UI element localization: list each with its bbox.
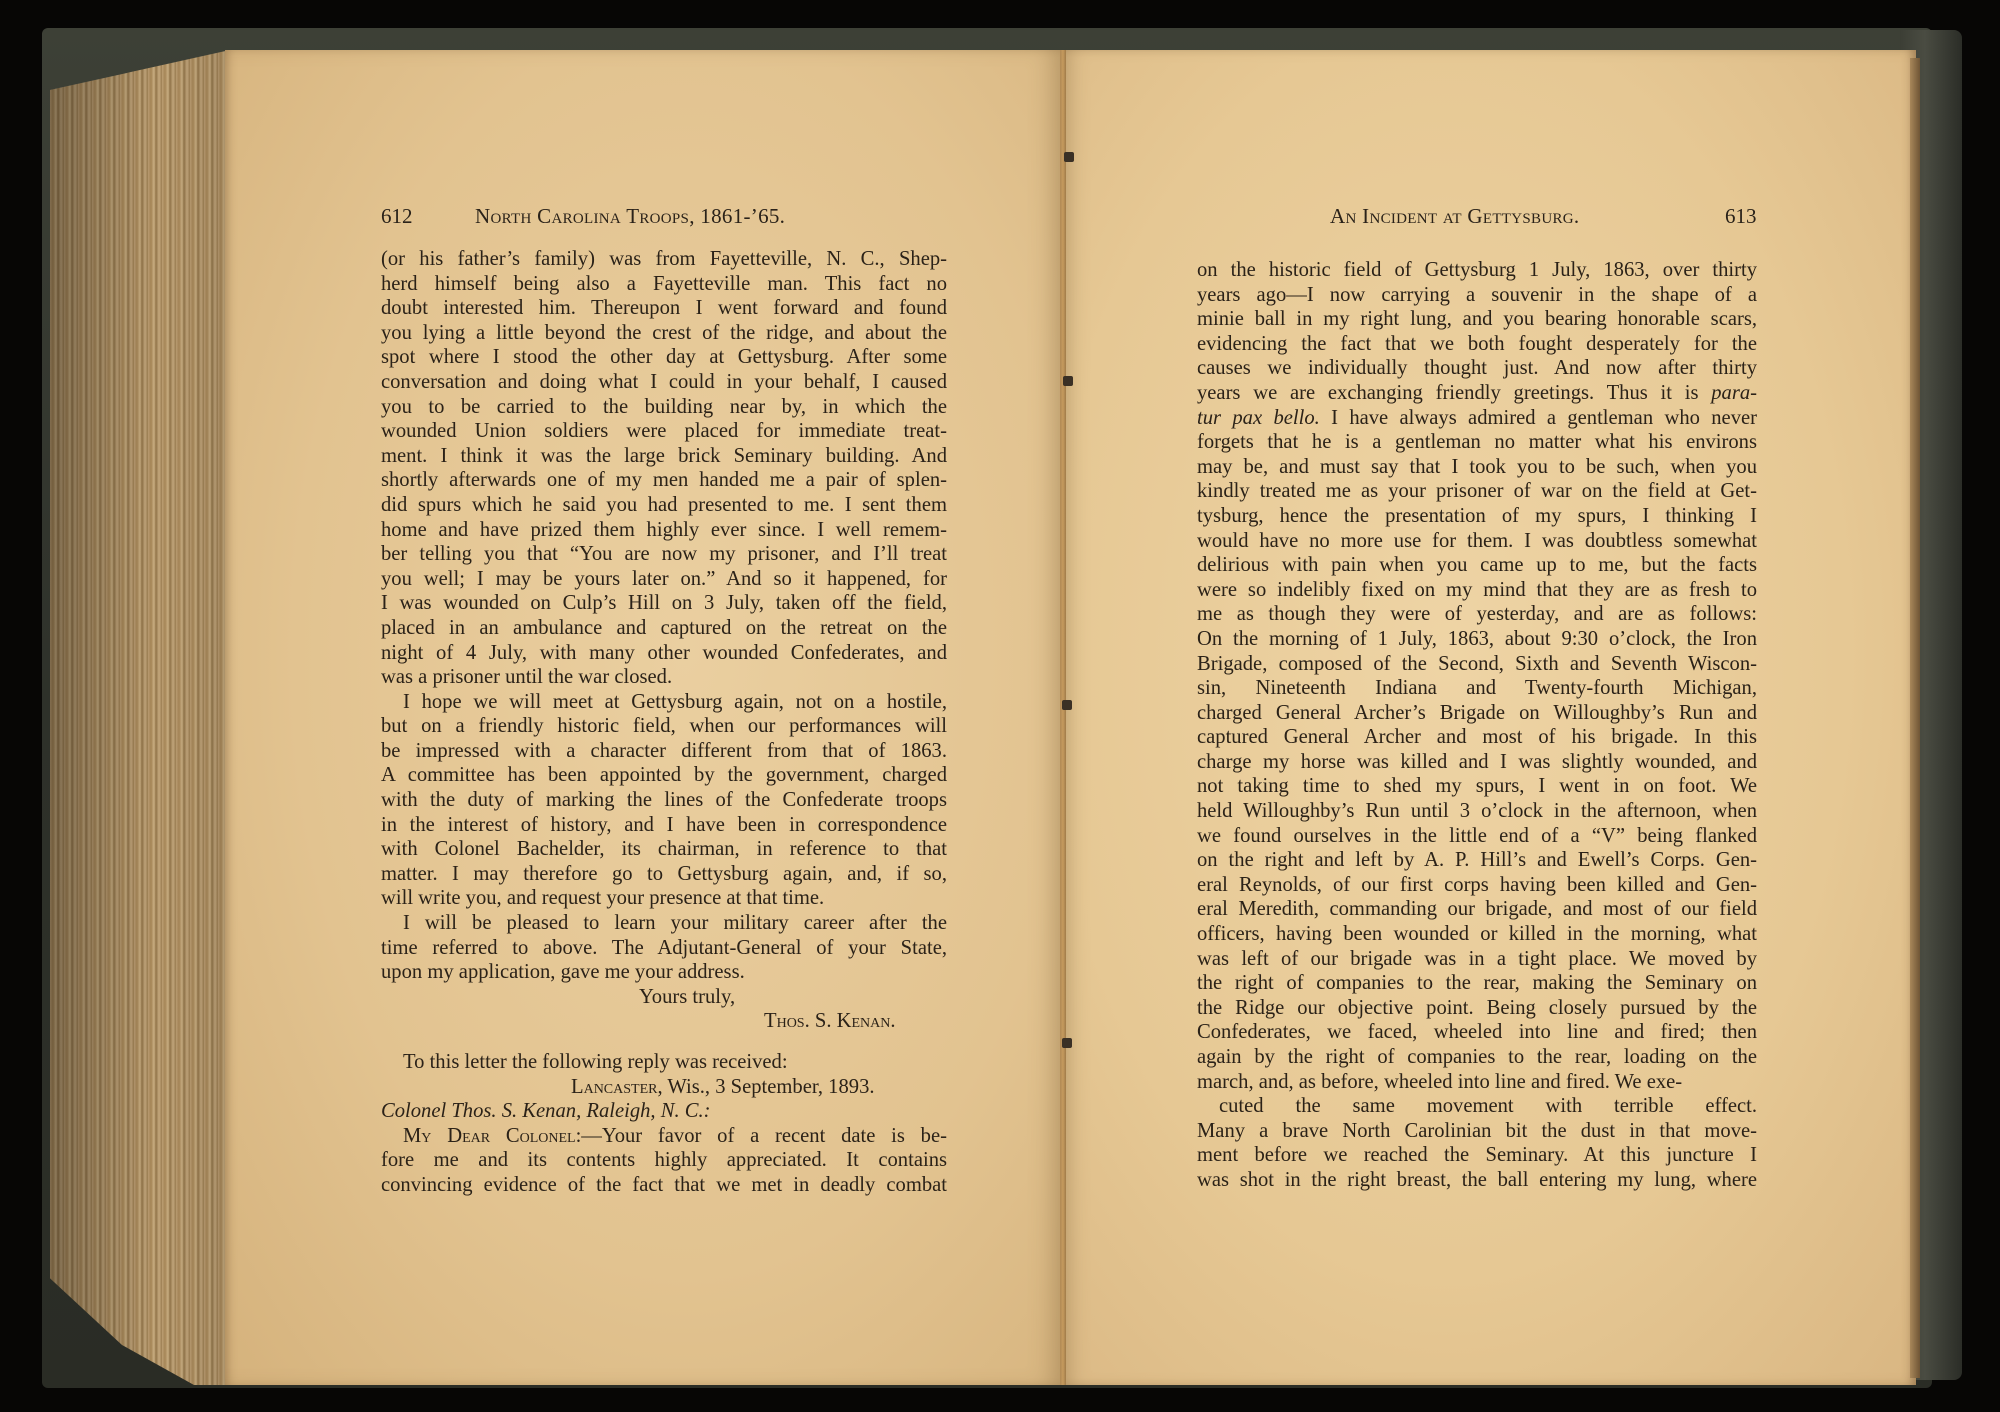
- text-line: causes we individually thought just. And…: [1197, 356, 1757, 381]
- text-line: Many a brave North Carolinian bit the du…: [1197, 1119, 1757, 1144]
- reply-salutation-address: Colonel Thos. S. Kenan, Raleigh, N. C.:: [381, 1099, 947, 1124]
- text-line: you lying a little beyond the crest of t…: [381, 321, 947, 346]
- running-head-left: North Carolina Troops, 1861-’65.: [475, 204, 785, 229]
- text-line: fore me and its contents highly apprecia…: [381, 1148, 947, 1173]
- page-stack-shade: [50, 50, 230, 1385]
- text-line: upon my application, gave me your addres…: [381, 960, 947, 985]
- running-head-right: An Incident at Gettysburg.: [1330, 204, 1579, 229]
- text-line: the Ridge our objective point. Being clo…: [1197, 996, 1757, 1021]
- text-line: captured General Archer and most of his …: [1197, 725, 1757, 750]
- text-line: delirious with pain when you came up to …: [1197, 553, 1757, 578]
- text-line: would have no more use for them. I was d…: [1197, 529, 1757, 554]
- right-page-edge: [1910, 58, 1920, 1378]
- text-line: sin, Nineteenth Indiana and Twenty-fourt…: [1197, 676, 1757, 701]
- text-line: home and have prized them highly ever si…: [381, 518, 947, 543]
- text-line: wounded Union soldiers were placed for i…: [381, 419, 947, 444]
- text-line: was left of our brigade was in a tight p…: [1197, 947, 1757, 972]
- text-line: minie ball in my right lung, and you bea…: [1197, 307, 1757, 332]
- text-line: ment before we reached the Seminary. At …: [1197, 1143, 1757, 1168]
- binding-stitch: [1062, 700, 1072, 710]
- text-line: I was wounded on Culp’s Hill on 3 July, …: [381, 591, 947, 616]
- text-line: on the historic field of Gettysburg 1 Ju…: [1197, 258, 1757, 283]
- text-line: ment. I think it was the large brick Sem…: [381, 444, 947, 469]
- text-line: tur pax bello. I have always admired a g…: [1197, 406, 1757, 431]
- latin-phrase: para-: [1711, 382, 1757, 404]
- text-line: we found ourselves in the little end of …: [1197, 824, 1757, 849]
- text-line: charge my horse was killed and I was sli…: [1197, 750, 1757, 775]
- text-line: Confederates, we faced, wheeled into lin…: [1197, 1020, 1757, 1045]
- letter-closing: Yours truly,: [381, 985, 947, 1010]
- text-line: kindly treated me as your prisoner of wa…: [1197, 479, 1757, 504]
- text-line: was shot in the right breast, the ball e…: [1197, 1168, 1757, 1193]
- text-line: eral Reynolds, of our first corps having…: [1197, 873, 1757, 898]
- text-span: years we are exchanging friendly greetin…: [1197, 382, 1711, 404]
- text-line: herd himself being also a Fayetteville m…: [381, 272, 947, 297]
- text-line: cuted the same movement with terrible ef…: [1197, 1094, 1757, 1119]
- text-line: charged General Archer’s Brigade on Will…: [1197, 701, 1757, 726]
- text-line: spot where I stood the other day at Gett…: [381, 345, 947, 370]
- text-line: with Colonel Bachelder, its chairman, in…: [381, 837, 947, 862]
- text-line: were so indelibly fixed on my mind that …: [1197, 578, 1757, 603]
- text-line: may be, and must say that I took you to …: [1197, 455, 1757, 480]
- book-gutter: [1060, 50, 1066, 1385]
- text-line: On the morning of 1 July, 1863, about 9:…: [1197, 627, 1757, 652]
- text-line: A committee has been appointed by the go…: [381, 763, 947, 788]
- text-line: you well; I may be yours later on.” And …: [381, 567, 947, 592]
- page-number-right: 613: [1725, 204, 1757, 229]
- text-line: but on a friendly historic field, when o…: [381, 714, 947, 739]
- text-line: forgets that he is a gentleman no matter…: [1197, 430, 1757, 455]
- text-line: (or his father’s family) was from Fayett…: [381, 247, 947, 272]
- text-line: eral Meredith, commanding our brigade, a…: [1197, 897, 1757, 922]
- text-line: me as though they were of yesterday, and…: [1197, 602, 1757, 627]
- latin-phrase: tur pax bello.: [1197, 407, 1320, 429]
- text-line: I hope we will meet at Gettysburg again,…: [381, 690, 947, 715]
- dateline-date: Wis., 3 September, 1893.: [663, 1076, 875, 1098]
- text-line: shortly afterwards one of my men handed …: [381, 468, 947, 493]
- text-line: will write you, and request your presenc…: [381, 886, 947, 911]
- reply-intro: To this letter the following reply was r…: [381, 1050, 947, 1075]
- reply-opening-line: My Dear Colonel:—Your favor of a recent …: [381, 1124, 947, 1149]
- text-line: night of 4 July, with many other wounded…: [381, 641, 947, 666]
- binding-stitch: [1062, 1038, 1072, 1048]
- text-line: you to be carried to the building near b…: [381, 395, 947, 420]
- text-line: was a prisoner until the war closed.: [381, 665, 947, 690]
- text-line: doubt interested him. Thereupon I went f…: [381, 296, 947, 321]
- text-line: march, and, as before, wheeled into line…: [1197, 1070, 1757, 1095]
- dateline-place: Lancaster,: [571, 1076, 663, 1098]
- text-line: convincing evidence of the fact that we …: [381, 1173, 947, 1198]
- text-line: on the right and left by A. P. Hill’s an…: [1197, 848, 1757, 873]
- salutation: My Dear Colonel:: [403, 1125, 581, 1147]
- text-line: placed in an ambulance and captured on t…: [381, 616, 947, 641]
- text-line: Brigade, composed of the Second, Sixth a…: [1197, 652, 1757, 677]
- text-line: did spurs which he said you had presente…: [381, 493, 947, 518]
- reply-text: —Your favor of a recent date is be-: [581, 1125, 947, 1147]
- text-line: conversation and doing what I could in y…: [381, 370, 947, 395]
- text-line: ber telling you that “You are now my pri…: [381, 542, 947, 567]
- text-line: years we are exchanging friendly greetin…: [1197, 381, 1757, 406]
- right-page-text: on the historic field of Gettysburg 1 Ju…: [1197, 258, 1757, 1193]
- text-line: time referred to above. The Adjutant-Gen…: [381, 936, 947, 961]
- text-span: I have always admired a gentleman who ne…: [1320, 407, 1757, 429]
- text-line: evidencing the fact that we both fought …: [1197, 332, 1757, 357]
- text-line: the right of companies to the rear, maki…: [1197, 971, 1757, 996]
- text-line: in the interest of history, and I have b…: [381, 813, 947, 838]
- page-number-left: 612: [381, 204, 413, 229]
- binding-stitch: [1063, 376, 1073, 386]
- letter-signature: Thos. S. Kenan.: [381, 1009, 947, 1034]
- reply-dateline: Lancaster, Wis., 3 September, 1893.: [381, 1075, 947, 1100]
- text-line: not taking time to shed my spurs, I went…: [1197, 774, 1757, 799]
- text-line: years ago—I now carrying a souvenir in t…: [1197, 283, 1757, 308]
- text-line: again by the right of companies to the r…: [1197, 1045, 1757, 1070]
- text-line: tysburg, hence the presentation of my sp…: [1197, 504, 1757, 529]
- text-line: held Willoughby’s Run until 3 o’clock in…: [1197, 799, 1757, 824]
- text-line: with the duty of marking the lines of th…: [381, 788, 947, 813]
- left-page-text: (or his father’s family) was from Fayett…: [381, 247, 947, 1198]
- text-line: officers, having been wounded or killed …: [1197, 922, 1757, 947]
- binding-stitch: [1064, 152, 1074, 162]
- text-line: I will be pleased to learn your military…: [381, 911, 947, 936]
- text-line: be impressed with a character different …: [381, 739, 947, 764]
- text-line: matter. I may therefore go to Gettysburg…: [381, 862, 947, 887]
